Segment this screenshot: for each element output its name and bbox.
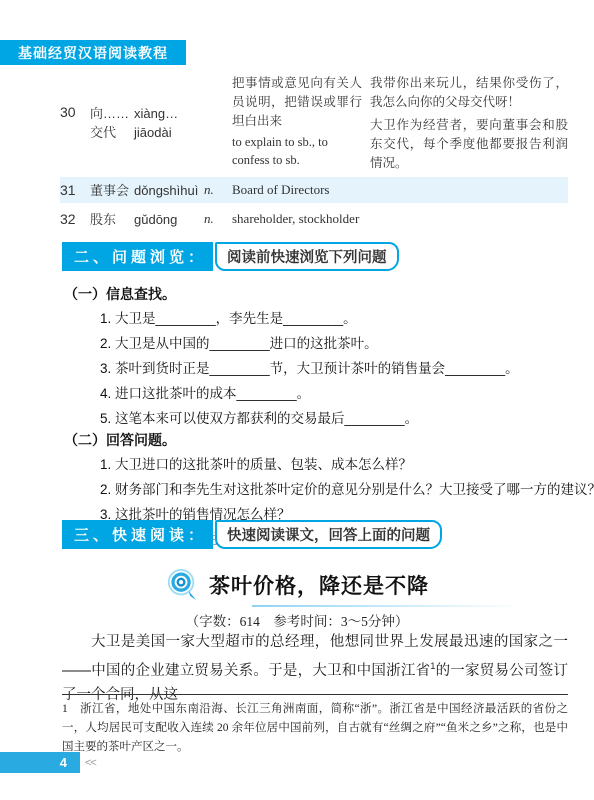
table-row: 31 董事会 dǒngshìhuì n. Board of Directors	[60, 177, 568, 203]
question-item: 1. 大卫是________，李先生是________。	[100, 306, 519, 331]
vocab-pinyin: dǒngshìhuì	[134, 181, 204, 200]
vocab-table: 30 向…… 交代 xiàng… jiāodài 把事情或意见向有关人员说明，把…	[60, 74, 568, 232]
vocab-word: 向…… 交代	[90, 104, 134, 142]
section-label: 三、快速阅读：	[62, 520, 213, 549]
page-number-bar: 4	[0, 752, 80, 773]
book-title: 基础经贸汉语阅读教程	[18, 43, 168, 63]
vocab-word-line: 向……	[90, 104, 134, 123]
vocab-number: 30	[60, 104, 90, 120]
definition-english: shareholder, stockholder	[232, 211, 568, 227]
reading-paragraph: 大卫是美国一家大型超市的总经理，他想同世界上发展最迅速的国家之一——中国的企业建…	[62, 630, 568, 707]
footer-chevrons-icon: <<	[85, 757, 96, 769]
table-row: 32 股东 gǔdōng n. shareholder, stockholder	[60, 206, 568, 232]
part-title-info-search: （一）信息查找。	[64, 284, 176, 304]
question-item: 2. 财务部门和李先生对这批茶叶定价的意见分别是什么？大卫接受了哪一方的建议？	[100, 477, 594, 502]
title-underline	[252, 605, 522, 607]
vocab-pos: n.	[204, 211, 232, 227]
word-count-and-time: （字数：614 参考时间：3～5分钟）	[0, 610, 594, 630]
definition-chinese: 把事情或意见向有关人员说明，把错误或罪行坦白出来	[232, 74, 362, 131]
vocab-example: 我带你出来玩儿，结果你受伤了，我怎么向你的父母交代呀！ 大卫作为经营者，要向董事…	[362, 74, 568, 173]
book-title-band: 基础经贸汉语阅读教程	[0, 40, 186, 65]
page-footer: 4 <<	[0, 752, 96, 773]
spiral-target-icon	[165, 568, 199, 602]
definition-english: to explain to sb., to confess to sb.	[232, 133, 362, 169]
reading-title-block: 茶叶价格，降还是不降	[0, 568, 594, 607]
vocab-word: 股东	[90, 210, 134, 229]
question-list-fill-blank: 1. 大卫是________，李先生是________。 2. 大卫是从中国的_…	[100, 306, 519, 431]
vocab-pinyin-line: xiàng…	[134, 104, 204, 123]
vocab-number: 32	[60, 211, 90, 227]
vocab-pinyin: gǔdōng	[134, 210, 204, 229]
table-row: 30 向…… 交代 xiàng… jiāodài 把事情或意见向有关人员说明，把…	[60, 74, 568, 174]
section-header-question-preview: 二、问题浏览： 阅读前快速浏览下列问题	[62, 242, 399, 271]
vocab-pinyin-line: jiāodài	[134, 123, 204, 142]
reading-title: 茶叶价格，降还是不降	[209, 570, 429, 600]
question-item: 2. 大卫是从中国的________进口的这批茶叶。	[100, 331, 519, 356]
question-item: 1. 大卫进口的这批茶叶的质量、包装、成本怎么样？	[100, 452, 594, 477]
vocab-pos: n.	[204, 182, 232, 198]
example-sentence: 大卫作为经营者，要向董事会和股东交代，每个季度他都要报告利润情况。	[370, 116, 568, 173]
section-header-fast-reading: 三、快速阅读： 快速阅读课文，回答上面的问题	[62, 520, 442, 549]
question-item: 3. 茶叶到货时正是________节，大卫预计茶叶的销售量会________。	[100, 356, 519, 381]
page-number: 4	[60, 755, 67, 770]
footnote-text: 1 浙江省，地处中国东南沿海、长江三角洲南面，简称“浙”。浙江省是中国经济最活跃…	[62, 700, 568, 757]
definition-english: Board of Directors	[232, 182, 568, 198]
part-title-answer-questions: （二）回答问题。	[64, 430, 176, 450]
vocab-number: 31	[60, 182, 90, 198]
textbook-page: 基础经贸汉语阅读教程 30 向…… 交代 xiàng… jiāodài 把事情或…	[0, 0, 594, 800]
section-instruction-bubble: 阅读前快速浏览下列问题	[215, 242, 399, 271]
vocab-pinyin: xiàng… jiāodài	[134, 104, 204, 142]
question-item: 4. 进口这批茶叶的成本________。	[100, 381, 519, 406]
vocab-definition: 把事情或意见向有关人员说明，把错误或罪行坦白出来 to explain to s…	[232, 74, 362, 169]
vocab-word-line: 交代	[90, 123, 134, 142]
question-item: 5. 这笔本来可以使双方都获利的交易最后________。	[100, 406, 519, 431]
footnote-divider	[62, 694, 568, 695]
section-label: 二、问题浏览：	[62, 242, 213, 271]
section-instruction-bubble: 快速阅读课文，回答上面的问题	[215, 520, 442, 549]
vocab-word: 董事会	[90, 181, 134, 200]
example-sentence: 我带你出来玩儿，结果你受伤了，我怎么向你的父母交代呀！	[370, 74, 568, 112]
